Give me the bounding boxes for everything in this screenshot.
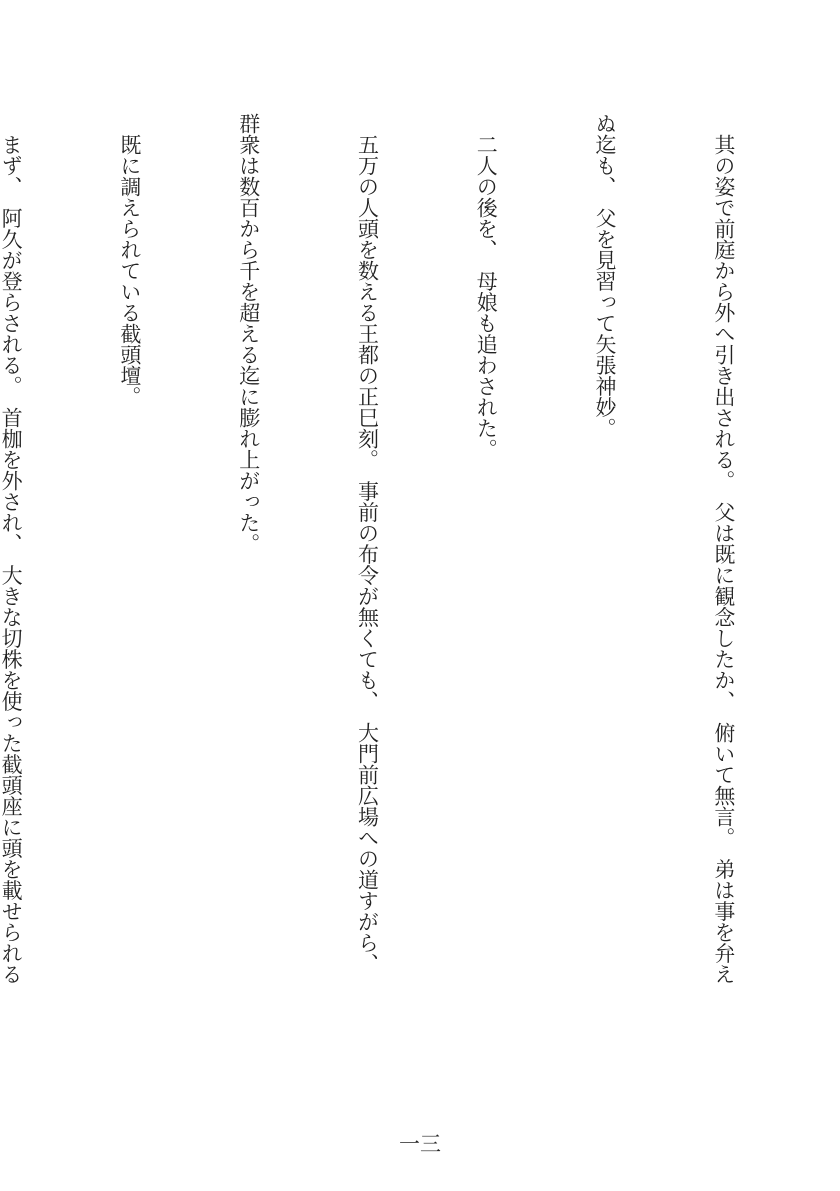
text-line: まず、 阿久が登らされる。 首枷を外され、 大きな切株を使った截頭座に頭を載せら… [0,113,30,1013]
text-line: ぬ迄も、 父を見習って矢張神妙。 [584,113,624,1013]
text-line: 五万の人頭を数える王都の正巳刻。 事前の布令が無くても、 大門前広場への道すがら… [347,113,387,1013]
text-line: 二人の後を、 母娘も追わされた。 [466,113,506,1013]
document-page: 其の姿で前庭から外へ引き出される。 父は既に観念したか、 俯いて無言。 弟は事を… [0,0,840,1191]
vertical-body-text: 其の姿で前庭から外へ引き出される。 父は既に観念したか、 俯いて無言。 弟は事を… [0,113,822,1013]
text-line: 既に調えられている截頭壇。 [109,113,149,1013]
text-line: 其の姿で前庭から外へ引き出される。 父は既に観念したか、 俯いて無言。 弟は事を… [703,113,743,1013]
page-number: 一三 [0,1128,840,1158]
text-line: 群衆は数百から千を超える迄に膨れ上がった。 [228,113,268,1013]
